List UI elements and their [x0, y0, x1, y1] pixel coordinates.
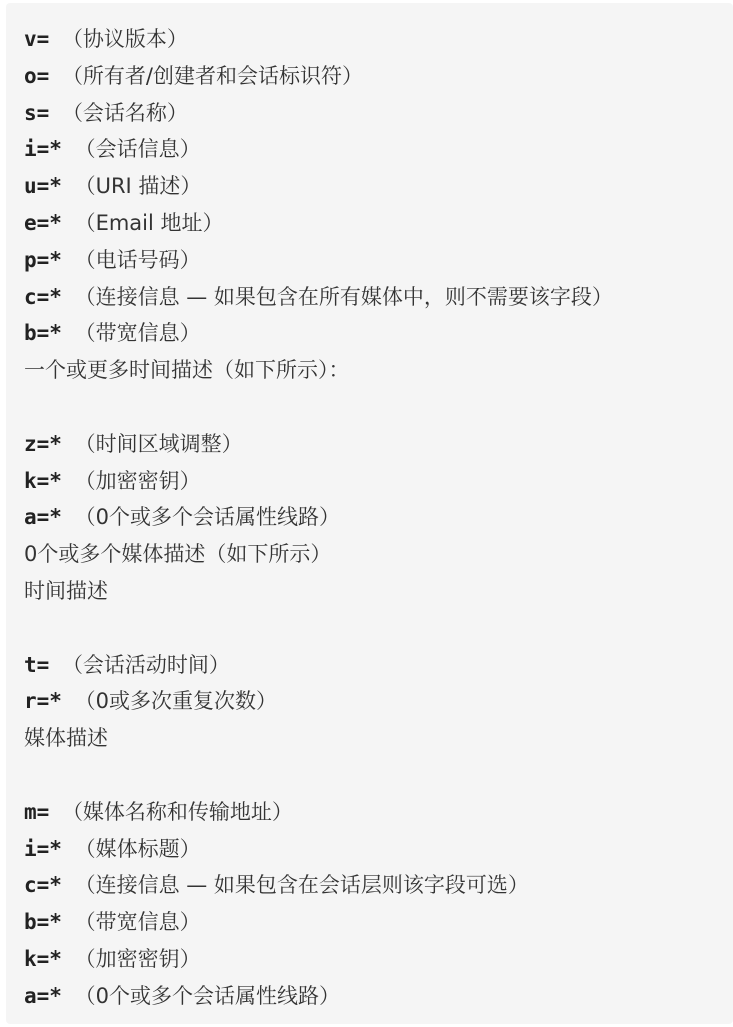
section-note: 一个或更多时间描述（如下所示）： [24, 358, 350, 382]
code-line-t: t= （会话活动时间） [24, 647, 733, 684]
code-line-media-i: i=* （媒体标题） [24, 831, 733, 868]
field-description: （0个或多个会话属性线路） [75, 984, 340, 1008]
field-key: m= [24, 800, 62, 824]
field-description: （时间区域调整） [75, 432, 243, 456]
code-line-media-c: c=* （连接信息 — 如果包含在会话层则该字段可选） [24, 867, 733, 904]
field-key: e=* [24, 211, 75, 235]
code-line-time-descriptions-note: 一个或更多时间描述（如下所示）： [24, 352, 733, 389]
field-description: （带宽信息） [75, 910, 201, 934]
field-description: （Email 地址） [75, 211, 224, 235]
code-line-k: k=* （加密密钥） [24, 463, 733, 500]
code-line-s: s= （会话名称） [24, 95, 733, 132]
field-key: a=* [24, 505, 75, 529]
section-note: 0个或多个媒体描述（如下所示） [24, 542, 331, 566]
field-key: a=* [24, 984, 75, 1008]
field-description: （带宽信息） [75, 321, 201, 345]
section-heading: 媒体描述 [24, 726, 108, 750]
code-line-p: p=* （电话号码） [24, 242, 733, 279]
code-line-media-a: a=* （0个或多个会话属性线路） [24, 978, 733, 1015]
field-description: （0个或多个会话属性线路） [75, 505, 340, 529]
field-description: （0或多次重复次数） [75, 689, 277, 713]
code-line-media-k: k=* （加密密钥） [24, 941, 733, 978]
field-key: b=* [24, 910, 75, 934]
field-description: （媒体名称和传输地址） [62, 800, 293, 824]
field-description: （连接信息 — 如果包含在所有媒体中，则不需要该字段） [75, 285, 613, 309]
code-line-media-b: b=* （带宽信息） [24, 904, 733, 941]
sdp-code-block: v= （协议版本） o= （所有者/创建者和会话标识符） s= （会话名称） i… [6, 3, 733, 1024]
field-key: p=* [24, 248, 75, 272]
field-description: （电话号码） [75, 248, 201, 272]
field-description: （连接信息 — 如果包含在会话层则该字段可选） [75, 873, 529, 897]
code-line-o: o= （所有者/创建者和会话标识符） [24, 58, 733, 95]
field-key: k=* [24, 469, 75, 493]
blank-line [24, 757, 733, 794]
field-key: k=* [24, 947, 75, 971]
field-description: （所有者/创建者和会话标识符） [62, 64, 363, 88]
field-description: （URI 描述） [75, 174, 202, 198]
field-description: （媒体标题） [75, 837, 201, 861]
code-line-c: c=* （连接信息 — 如果包含在所有媒体中，则不需要该字段） [24, 279, 733, 316]
section-heading-time-description: 时间描述 [24, 573, 733, 610]
section-heading-media-description: 媒体描述 [24, 720, 733, 757]
code-line-v: v= （协议版本） [24, 21, 733, 58]
code-line-media-descriptions-note: 0个或多个媒体描述（如下所示） [24, 536, 733, 573]
field-key: c=* [24, 285, 75, 309]
field-key: z=* [24, 432, 75, 456]
section-heading: 时间描述 [24, 579, 108, 603]
field-description: （会话活动时间） [62, 653, 230, 677]
field-key: o= [24, 64, 62, 88]
field-key: c=* [24, 873, 75, 897]
field-description: （加密密钥） [75, 469, 201, 493]
code-line-e: e=* （Email 地址） [24, 205, 733, 242]
field-key: v= [24, 27, 62, 51]
field-key: i=* [24, 837, 75, 861]
field-description: （协议版本） [62, 27, 188, 51]
code-line-a: a=* （0个或多个会话属性线路） [24, 499, 733, 536]
blank-line [24, 389, 733, 426]
field-description: （会话信息） [75, 137, 201, 161]
field-key: i=* [24, 137, 75, 161]
code-line-i: i=* （会话信息） [24, 131, 733, 168]
code-line-z: z=* （时间区域调整） [24, 426, 733, 463]
code-line-m: m= （媒体名称和传输地址） [24, 794, 733, 831]
code-line-b: b=* （带宽信息） [24, 315, 733, 352]
code-line-r: r=* （0或多次重复次数） [24, 683, 733, 720]
blank-line [24, 610, 733, 647]
field-key: t= [24, 653, 62, 677]
field-description: （会话名称） [62, 101, 188, 125]
field-key: b=* [24, 321, 75, 345]
field-key: r=* [24, 689, 75, 713]
field-key: u=* [24, 174, 75, 198]
field-description: （加密密钥） [75, 947, 201, 971]
code-line-u: u=* （URI 描述） [24, 168, 733, 205]
field-key: s= [24, 101, 62, 125]
